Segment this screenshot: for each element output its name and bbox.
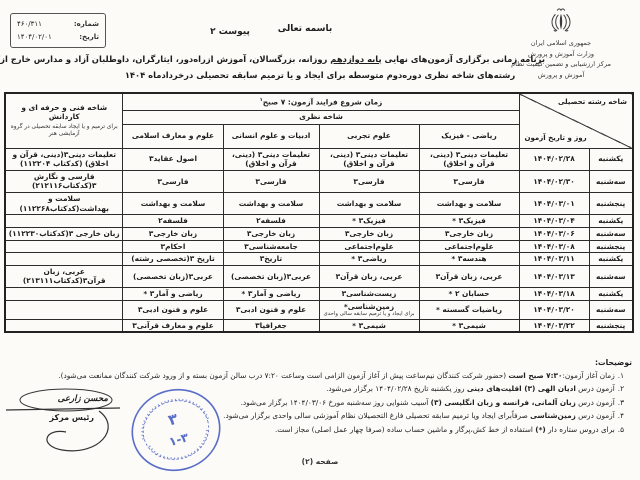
note-text-segment: زمین‌شناسی [530, 411, 576, 420]
islamic-cell: فلسفه۲ [123, 215, 223, 228]
math-cell: حسابان ۲ * [419, 288, 519, 301]
day-cell: پنجشنبه [589, 240, 633, 253]
science-cell: زمین‌شناسی*برای ایجاد و یا ترمیم سابقه س… [319, 300, 419, 319]
islamic-cell: سلامت و بهداشت [123, 193, 223, 215]
day-cell: سه‌شنبه [589, 227, 633, 240]
humanities-cell: فارسی۳ [223, 170, 319, 192]
corner-branch-label: شاخه رشته تحصیلی [558, 98, 627, 107]
exam-row: سه‌شنبه۱۴۰۴/۰۳/۱۳عربی، زبان قرآن۳عربی، ز… [5, 265, 633, 287]
science-cell: علوم‌اجتماعی [319, 240, 419, 253]
note-text-segment: آزمون درس [576, 384, 615, 393]
day-cell: یکشنبه [589, 148, 633, 170]
islamic-cell: اصول عقاید۳ [123, 148, 223, 170]
math-cell: ریاضیات گسسته * [419, 300, 519, 319]
humanities-cell: تاریخ۳ [223, 253, 319, 266]
vocational-cell: زبان خارجی ۳(کدکتاب۱۱۲۲۳۰) [5, 227, 123, 240]
note-number: ۴. [618, 411, 624, 420]
day-cell: یکشنبه [589, 215, 633, 228]
title-grade-emphasis: پایه دوازدهم [330, 54, 381, 64]
note-text-segment: آزمون درس [576, 398, 615, 407]
column-header-math: ریاضی - فیزیک [419, 124, 519, 148]
islamic-cell: احکام۳ [123, 240, 223, 253]
signer-title: رئیس مرکز [49, 413, 94, 422]
column-header-islamic: علوم و معارف اسلامی [123, 124, 223, 148]
humanities-cell: تعلیمات دینی۳ (دینی، قرآن و اخلاق) [223, 148, 319, 170]
exam-row: سه‌شنبه۱۴۰۴/۰۳/۰۶زبان خارجی۳زبان خارجی۳ز… [5, 227, 633, 240]
stamp-number-bottom: ۱-۳ [167, 430, 190, 449]
day-cell: یکشنبه [589, 288, 633, 301]
islamic-cell: عربی۳(زبان تخصصی) [123, 265, 223, 287]
science-cell: ریاضی۳ * [319, 253, 419, 266]
note-number: ۳. [618, 398, 624, 407]
science-cell: زیست‌شناسی۳ [319, 288, 419, 301]
vocational-cell [5, 288, 123, 301]
math-cell: زبان خارجی۳ [419, 227, 519, 240]
date-cell: ۱۴۰۴/۰۳/۰۸ [519, 240, 589, 253]
day-cell: سه‌شنبه [589, 300, 633, 319]
date-cell: ۱۴۰۴/۰۳/۲۰ [519, 300, 589, 319]
day-cell: پنجشنبه [589, 319, 633, 332]
note-text-segment: ۷:۳۰ صبح است [508, 371, 562, 380]
date-cell: ۱۴۰۴/۰۳/۰۶ [519, 227, 589, 240]
date-cell: ۱۴۰۴/۰۲/۳۰ [519, 170, 589, 192]
iran-emblem-icon [496, 6, 626, 36]
math-cell: هندسه۳ * [419, 253, 519, 266]
exam-row: پنجشنبه۱۴۰۴/۰۳/۲۲شیمی۳ *شیمی۳ *جغرافیا۳ع… [5, 319, 633, 332]
math-cell: عربی، زبان قرآن۳ [419, 265, 519, 287]
exam-schedule-table: شاخه رشته تحصیلی روز و تاریخ آزمون زمان … [4, 92, 634, 333]
date-cell: ۱۴۰۴/۰۳/۰۱ [519, 193, 589, 215]
humanities-cell: ریاضی و آمار۳ * [223, 288, 319, 301]
humanities-cell: زبان خارجی۳ [223, 227, 319, 240]
stamp-number-top: ۳ [166, 410, 180, 430]
vocational-cell: سلامت و بهداشت(کدکتاب۱۱۲۲۶۸) [5, 193, 123, 215]
vocational-cell: فارسی و نگارش ۳(کدکتاب۲۱۲۱۱۶) [5, 170, 123, 192]
note-text-segment: استفاده از خط کش،پرگار و ماشین حساب ساده… [275, 425, 535, 434]
math-cell: شیمی۳ * [419, 319, 519, 332]
math-cell: تعلیمات دینی۳ (دینی، قرآن و اخلاق) [419, 148, 519, 170]
exam-row: یکشنبه۱۴۰۴/۰۳/۱۸حسابان ۲ *زیست‌شناسی۳ریا… [5, 288, 633, 301]
note-number: ۱. [618, 371, 624, 380]
title-line-1: برنامه زمانی برگزاری آزمون‌های نهایی پای… [95, 52, 545, 68]
day-cell: یکشنبه [589, 253, 633, 266]
humanities-cell: عربی۳(زبان تخصصی) [223, 265, 319, 287]
science-cell: سلامت و بهداشت [319, 193, 419, 215]
humanities-cell: سلامت و بهداشت [223, 193, 319, 215]
theoretical-branch-header: شاخه نظری [123, 110, 519, 124]
date-cell: ۱۴۰۴/۰۳/۲۲ [519, 319, 589, 332]
corner-header-cell: شاخه رشته تحصیلی روز و تاریخ آزمون [519, 93, 633, 148]
exam-row: سه‌شنبه۱۴۰۴/۰۳/۲۰ریاضیات گسسته *زمین‌شنا… [5, 300, 633, 319]
note-text-segment: (*) [535, 425, 546, 434]
note-text-segment: آسیب شنوایی روز سه‌شنبه مورخ ۱۴۰۴/۰۳/۰۶ … [241, 398, 431, 407]
corner-daydate-label: روز و تاریخ آزمون [525, 134, 587, 143]
number-date-box: شماره: ۴۶۰/۳۱۱ تاریخ: ۱۴۰۴/۰۲/۰۱ [10, 13, 106, 48]
number-value: ۴۶۰/۳۱۱ [17, 18, 42, 31]
document-page: جمهوری اسلامی ایران وزارت آموزش و پرورش … [0, 0, 640, 480]
exam-row: یکشنبه۱۴۰۴/۰۳/۱۱هندسه۳ *ریاضی۳ *تاریخ۳تا… [5, 253, 633, 266]
vocational-cell [5, 253, 123, 266]
vocational-cell [5, 300, 123, 319]
vocational-title: شاخه فنی و حرفه ای و کاردانش [8, 103, 121, 122]
day-cell: پنجشنبه [589, 193, 633, 215]
signer-name: محسن زارعی [58, 394, 108, 404]
science-cell: زبان خارجی۳ [319, 227, 419, 240]
humanities-cell: جامعه‌شناسی۳ [223, 240, 319, 253]
date-cell: ۱۴۰۴/۰۳/۰۴ [519, 215, 589, 228]
date-cell: ۱۴۰۴/۰۲/۲۸ [519, 148, 589, 170]
note-text-segment: آزمون درس [576, 411, 615, 420]
exam-table-body: یکشنبه۱۴۰۴/۰۲/۲۸تعلیمات دینی۳ (دینی، قرآ… [5, 148, 633, 332]
exam-row: پنجشنبه۱۴۰۴/۰۳/۰۱سلامت و بهداشتسلامت و ب… [5, 193, 633, 215]
note-text-segment: برای دروس ستاره دار [546, 425, 615, 434]
vocational-cell [5, 240, 123, 253]
science-cell: عربی، زبان قرآن۳ [319, 265, 419, 287]
date-cell: ۱۴۰۴/۰۳/۱۳ [519, 265, 589, 287]
humanities-cell: علوم و فنون ادبی۳ [223, 300, 319, 319]
science-cell: تعلیمات دینی۳ (دینی، قرآن و اخلاق) [319, 148, 419, 170]
vocational-branch-header: شاخه فنی و حرفه ای و کاردانش برای ترمیم … [5, 93, 123, 148]
note-text-segment: (حضور شرکت کنندگان نیم‌ساعت پیش از آغاز … [58, 371, 508, 380]
day-cell: سه‌شنبه [589, 170, 633, 192]
islamic-cell: ریاضی و آمار۳ * [123, 288, 223, 301]
exam-row: یکشنبه۱۴۰۴/۰۳/۰۴فیزیک۳ *فیزیک۳ *فلسفه۲فل… [5, 215, 633, 228]
number-label: شماره: [74, 18, 99, 31]
date-label: تاریخ: [79, 31, 99, 44]
note-number: ۲. [618, 384, 624, 393]
org-country: جمهوری اسلامی ایران [496, 38, 626, 49]
science-cell-subnote: برای ایجاد و یا ترمیم سابقه سالی واحدی [322, 311, 417, 317]
date-cell: ۱۴۰۴/۰۳/۱۸ [519, 288, 589, 301]
islamic-cell: فارسی۳ [123, 170, 223, 192]
islamic-cell: علوم و معارف قرآنی۳ [123, 319, 223, 332]
math-cell: فارسی۳ [419, 170, 519, 192]
column-header-humanities: ادبیات و علوم انسانی [223, 124, 319, 148]
exam-row: یکشنبه۱۴۰۴/۰۲/۲۸تعلیمات دینی۳ (دینی، قرآ… [5, 148, 633, 170]
notes-heading: توضیحات: [8, 358, 632, 367]
date-cell: ۱۴۰۴/۰۳/۱۱ [519, 253, 589, 266]
vocational-cell [5, 215, 123, 228]
note-line: ۱.زمان آغاز آزمون:۷:۳۰ صبح است (حضور شرک… [8, 369, 632, 382]
islamic-cell: تاریخ ۳(تخصصی رشته) [123, 253, 223, 266]
date-value: ۱۴۰۴/۰۲/۰۱ [17, 31, 52, 44]
start-time-header: زمان شروع فرایند آزمون: ۷ صبح۱ [123, 93, 519, 110]
note-text-segment: روز یکشنبه تاریخ ۱۴۰۴/۰۲/۲۸ برگزار می‌شو… [326, 384, 467, 393]
note-text-segment: زبان آلمانی، فرانسه و زبان انگلیسی (۳) [431, 398, 576, 407]
islamic-cell: علوم و فنون ادبی۳ [123, 300, 223, 319]
title-line-2: رشته‌های شاخه نظری دوره‌دوم متوسطه برای … [95, 68, 545, 84]
vocational-cell [5, 319, 123, 332]
attachment-label: پیوست ۲ [185, 27, 275, 37]
page-number: صفحه (۲) [0, 457, 640, 466]
exam-row: سه‌شنبه۱۴۰۴/۰۲/۳۰فارسی۳فارسی۳فارسی۳فارسی… [5, 170, 633, 192]
humanities-cell: فلسفه۲ [223, 215, 319, 228]
math-cell: سلامت و بهداشت [419, 193, 519, 215]
note-text-segment: صرفاًبرای ایجاد ویا ترمیم سابقه تحصیلی ف… [223, 411, 530, 420]
humanities-cell: جغرافیا۳ [223, 319, 319, 332]
note-number: ۵. [618, 425, 624, 434]
note-text-segment: ادیان الهی (۳) اقلیت‌های دینی [467, 384, 576, 393]
vocational-subtitle: برای ترمیم و یا ایجاد سابقه تحصیلی در گر… [8, 124, 121, 139]
science-cell: فارسی۳ [319, 170, 419, 192]
exam-row: پنجشنبه۱۴۰۴/۰۳/۰۸علوم‌اجتماعیعلوم‌اجتماع… [5, 240, 633, 253]
science-cell: فیزیک۳ * [319, 215, 419, 228]
math-cell: فیزیک۳ * [419, 215, 519, 228]
document-title: برنامه زمانی برگزاری آزمون‌های نهایی پای… [95, 52, 545, 84]
note-text-segment: زمان آغاز آزمون: [562, 371, 614, 380]
islamic-cell: زبان خارجی۳ [123, 227, 223, 240]
math-cell: علوم‌اجتماعی [419, 240, 519, 253]
science-cell: شیمی۳ * [319, 319, 419, 332]
vocational-cell: تعلیمات دینی۳(دینی، قرآن و اخلاق) (کدکتا… [5, 148, 123, 170]
day-cell: سه‌شنبه [589, 265, 633, 287]
vocational-cell: عربی، زبان قرآن۳(کدکتاب۲۱۳۱۱۱) [5, 265, 123, 287]
column-header-science: علوم تجربی [319, 124, 419, 148]
